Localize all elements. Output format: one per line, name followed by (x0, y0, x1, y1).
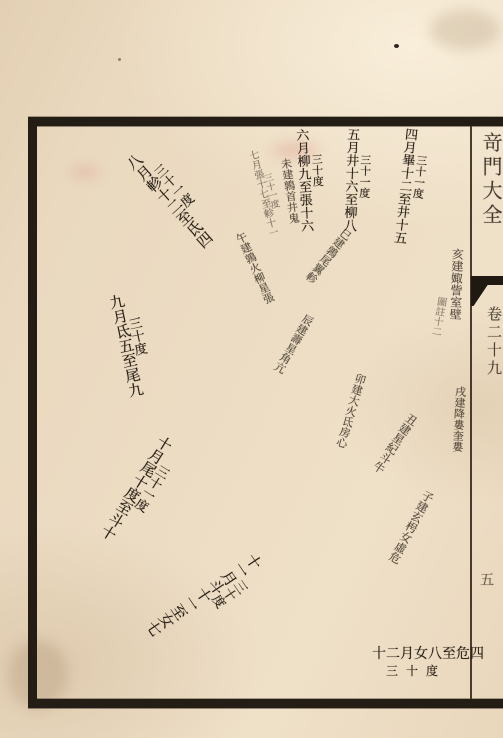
spoke-month-12: 十二月女八至危四 三十度 (372, 646, 484, 679)
spoke-month-5: 五月井十六至柳八 三十一度 (342, 128, 373, 233)
ink-speck (118, 58, 121, 61)
frame-left-border (28, 117, 37, 706)
aged-paper-background (0, 0, 503, 738)
scanned-book-page: { "folio": { "title_chars": "竒門大全", "vol… (0, 0, 503, 738)
inner-spoke-jianglou: 戌建降婁奎婁 (450, 386, 465, 452)
inner-spoke-zouzi: 亥建娵訾室壁 (449, 248, 464, 320)
volume-label: 卷二十九 (476, 306, 500, 378)
page-number: 五 (470, 572, 492, 586)
book-title-strip: 竒門大全 (474, 132, 500, 228)
ink-speck (394, 44, 399, 48)
frame-top-border (28, 117, 503, 126)
spoke-month-6: 六月柳九至張十六 三十度 (294, 127, 327, 232)
folio-strip-divider (470, 126, 472, 699)
frame-bottom-border (28, 699, 503, 708)
